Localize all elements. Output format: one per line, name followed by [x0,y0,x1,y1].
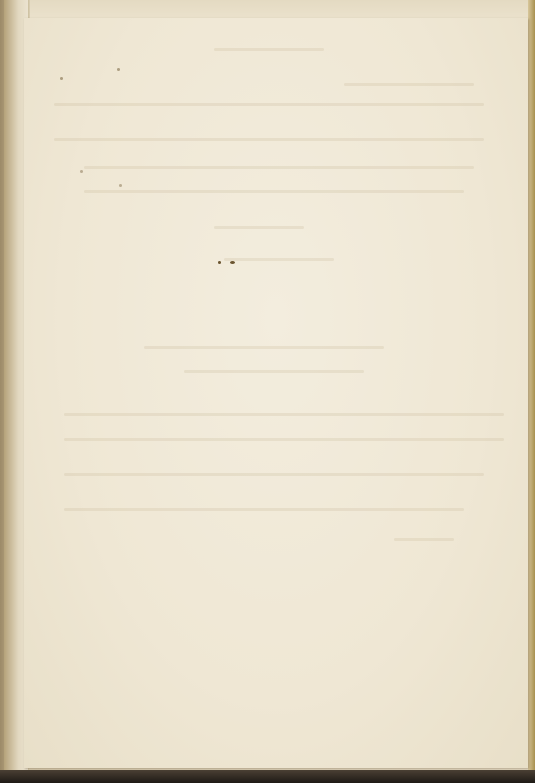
ink-speck [119,184,122,187]
bleed-through-line [64,413,504,416]
manuscript-page [24,18,528,768]
ink-speck [230,261,235,264]
bleed-through-line [64,508,464,511]
bleed-through-line [214,48,324,51]
bleed-through-line [54,138,484,141]
bleed-through-line [84,166,474,169]
ink-speck [218,261,221,264]
bleed-through-line [64,473,484,476]
bleed-through-line [224,258,334,261]
bleed-through-line [214,226,304,229]
ink-speck [60,77,63,80]
bleed-through-line [64,438,504,441]
ink-speck [117,68,120,71]
ink-speck [80,170,83,173]
right-edge [528,0,535,775]
bleed-through-line [144,346,384,349]
bleed-through-line [344,83,474,86]
bottom-edge [0,770,535,783]
bleed-through-line [184,370,364,373]
bleed-through-line [394,538,454,541]
bleed-through-line [84,190,464,193]
bleed-through-line [54,103,484,106]
